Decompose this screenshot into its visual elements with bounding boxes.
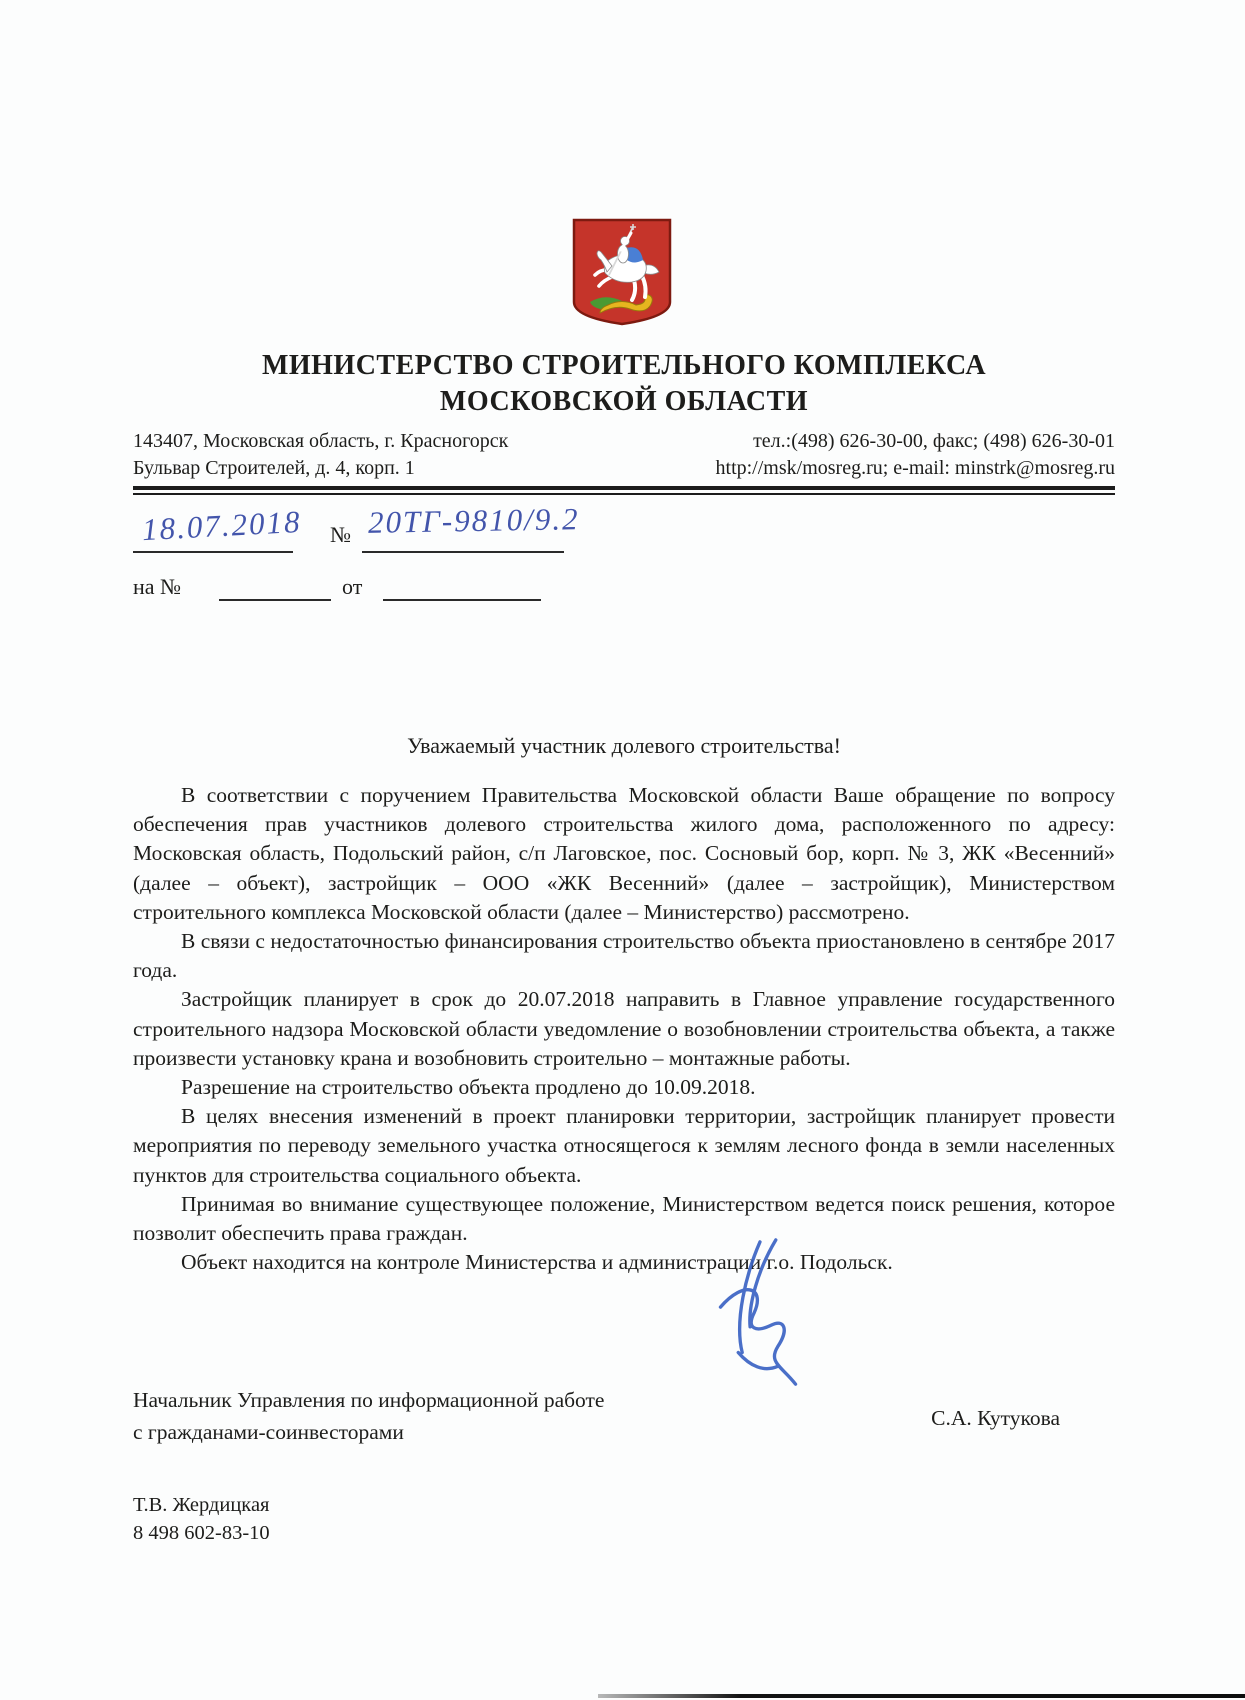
from-date-underline [383,599,541,601]
doc-number-underline [362,551,564,553]
web-email-line: http://msk/mosreg.ru; e-mail: minstrk@mo… [716,455,1115,482]
executor-name: Т.В. Жердицкая [133,1491,270,1519]
postal-address: 143407, Московская область, г. Красногор… [133,428,508,482]
header-divider [133,486,1115,495]
executor-phone: 8 498 602-83-10 [133,1519,270,1547]
executor-block: Т.В. Жердицкая 8 498 602-83-10 [133,1491,270,1547]
ministry-name-line2: МОСКОВСКОЙ ОБЛАСТИ [133,384,1115,420]
address-line1: 143407, Московская область, г. Красногор… [133,428,508,455]
from-date-label: от [342,574,362,600]
signer-name: С.А. Кутукова [931,1406,1060,1431]
letter-body: В соответствии с поручением Правительств… [133,781,1115,1277]
number-sign-label: № [330,522,351,548]
signer-position-line2: с гражданами-соинвесторами [133,1416,693,1448]
date-underline [133,551,293,553]
handwritten-doc-number: 20ТГ-9810/9.2 [368,501,580,541]
in-reply-to-label: на № [133,574,181,600]
body-paragraph-4: Разрешение на строительство объекта прод… [133,1073,1115,1102]
body-paragraph-7: Объект находится на контроле Министерств… [133,1248,1115,1277]
handwritten-date: 18.07.2018 [141,504,302,548]
contact-details: тел.:(498) 626-30-00, факс; (498) 626-30… [716,428,1115,482]
address-line2: Бульвар Строителей, д. 4, корп. 1 [133,455,508,482]
ministry-name: МИНИСТЕРСТВО СТРОИТЕЛЬНОГО КОМПЛЕКСА МОС… [133,348,1115,420]
salutation: Уважаемый участник долевого строительств… [133,733,1115,759]
scan-edge-artifact [598,1694,1245,1698]
signature-autograph-icon [688,1236,828,1394]
body-paragraph-6: Принимая во внимание существующее положе… [133,1190,1115,1248]
signer-position: Начальник Управления по информационной р… [133,1384,693,1448]
moscow-oblast-coat-of-arms-icon [572,218,672,326]
signer-position-line1: Начальник Управления по информационной р… [133,1384,693,1416]
body-paragraph-5: В целях внесения изменений в проект план… [133,1102,1115,1190]
letter-page: МИНИСТЕРСТВО СТРОИТЕЛЬНОГО КОМПЛЕКСА МОС… [0,0,1245,1700]
body-paragraph-1: В соответствии с поручением Правительств… [133,781,1115,927]
in-reply-to-underline [219,599,331,601]
header-contacts: 143407, Московская область, г. Красногор… [133,428,1115,482]
phone-fax-line: тел.:(498) 626-30-00, факс; (498) 626-30… [716,428,1115,455]
body-paragraph-3: Застройщик планирует в срок до 20.07.201… [133,985,1115,1073]
ministry-name-line1: МИНИСТЕРСТВО СТРОИТЕЛЬНОГО КОМПЛЕКСА [133,348,1115,384]
body-paragraph-2: В связи с недостаточностью финансировани… [133,927,1115,985]
